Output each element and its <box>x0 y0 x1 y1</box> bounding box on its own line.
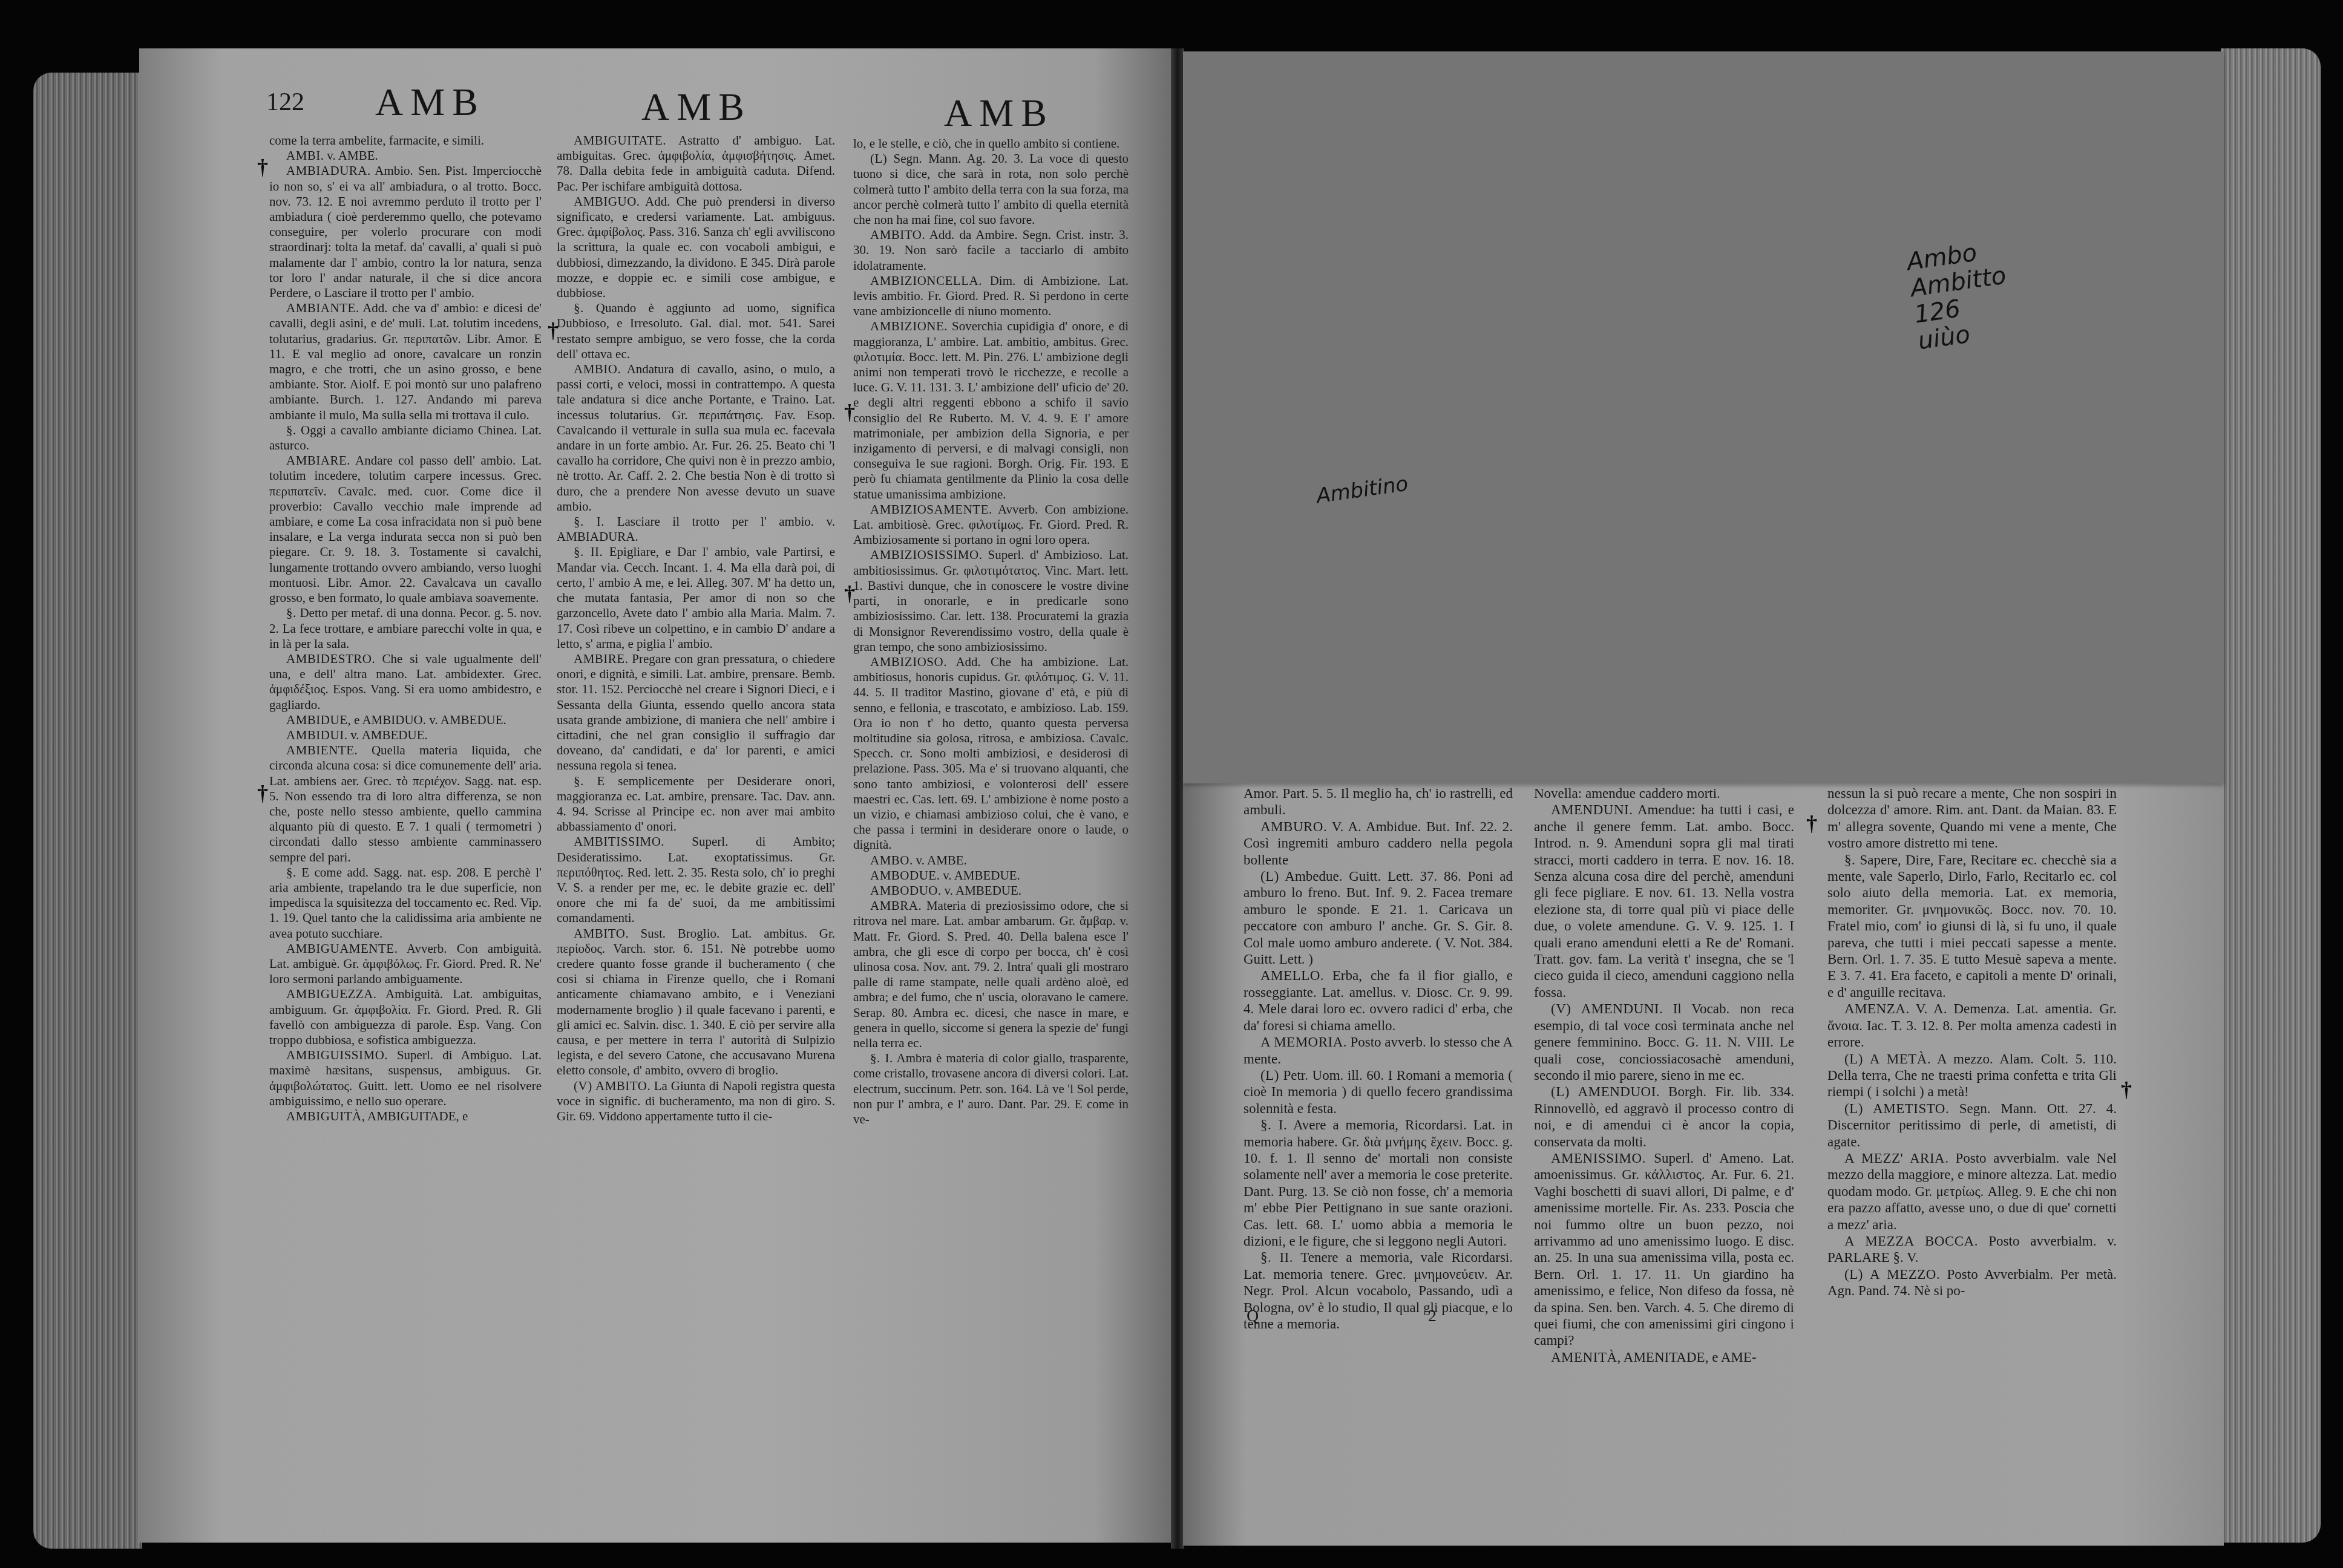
entry-headword: AMBURO <box>1260 819 1323 834</box>
entry-headword: AMBIRE <box>574 652 625 666</box>
entry-text: Detto per metaf. di una donna. Pecor. g.… <box>269 606 542 650</box>
entry-text: . Soverchia cupidigia d' onore, e di mag… <box>853 319 1129 501</box>
dictionary-entry: §. I. Avere a memoria, Ricordarsi. Lat. … <box>1244 1117 1513 1249</box>
dictionary-entry: AMBIRE. Pregare con gran pressatura, o c… <box>557 652 835 774</box>
dictionary-entry: §. Oggi a cavallo ambiante diciamo Chine… <box>269 423 542 453</box>
book-edge-left <box>33 73 142 1549</box>
entry-headword: (L) AMENDUOI <box>1551 1084 1656 1099</box>
dictionary-entry: AMBURO. V. A. Ambidue. But. Inf. 22. 2. … <box>1244 818 1513 868</box>
entry-headword: AMENITÀ <box>1551 1350 1617 1365</box>
entry-headword: §. <box>286 606 297 620</box>
entry-text: Avere a memoria, Ricordarsi. Lat. in mem… <box>1244 1117 1513 1249</box>
entry-text: . v. AMBEDUE. <box>938 883 1021 898</box>
entry-headword: AMBIADURA <box>286 163 367 178</box>
dictionary-entry: §. II. Epigliare, e Dar l' ambio, vale P… <box>557 544 835 651</box>
dictionary-entry: AMBIDUI. v. AMBEDUE. <box>269 728 542 743</box>
entry-headword: AMBITO <box>870 227 922 242</box>
entry-text: . Add. Che ha ambizione. Lat. ambitiosus… <box>853 655 1129 852</box>
margin-mark-icon: † <box>2121 1077 2132 1102</box>
page-number: 122 <box>266 88 304 117</box>
dictionary-entry: §. E semplicemente per Desiderare onori,… <box>557 774 835 835</box>
entry-text: nessun la si può recare a mente, Che non… <box>1827 786 2117 851</box>
entry-headword: (L) <box>1260 1068 1279 1083</box>
entry-headword: AMBIZIOSAMENTE <box>870 502 989 517</box>
right-page-column-2: Novella: amendue caddero morti.AMENDUNI.… <box>1534 785 1794 1365</box>
dictionary-entry: (L) A METÀ. A mezzo. Alam. Colt. 5. 110.… <box>1827 1051 2117 1100</box>
running-head-col2: AMB <box>641 85 752 129</box>
dictionary-entry: AMBIANTE. Add. che va d' ambio: e dicesi… <box>269 301 542 423</box>
entry-headword: (L) <box>1260 869 1279 884</box>
entry-text: . v. AMBE. <box>321 148 378 163</box>
signature-mark-number: 2 <box>1428 1307 1437 1326</box>
entry-headword: AMBIZIONE <box>870 319 944 333</box>
inserted-paper-slip <box>1183 51 2224 783</box>
entry-text: E semplicemente per Desiderare onori, ma… <box>557 774 835 834</box>
entry-headword: AMBO <box>870 853 909 867</box>
entry-headword: (L) A METÀ <box>1844 1051 1927 1067</box>
dictionary-entry: AMBIZIOSO. Add. Che ha ambizione. Lat. a… <box>853 655 1129 853</box>
dictionary-entry: (L) AMETISTO. Segn. Mann. Ott. 27. 4. Di… <box>1827 1100 2117 1150</box>
entry-headword: (L) AMETISTO <box>1844 1101 1945 1116</box>
dictionary-entry: AMBIGUISSIMO. Superl. di Ambiguo. Lat. m… <box>269 1048 542 1109</box>
entry-text: . v. AMBEDUE. <box>344 728 428 742</box>
dictionary-entry: AMBIADURA. Ambio. Sen. Pist. Imperciocch… <box>269 163 542 301</box>
dictionary-entry: AMBIGUAMENTE. Avverb. Con ambiguità. Lat… <box>269 941 542 987</box>
dictionary-entry: AMBRA. Materia di preziosissimo odore, c… <box>853 898 1129 1051</box>
dictionary-entry: §. II. Tenere a memoria, vale Ricordarsi… <box>1244 1249 1513 1332</box>
entry-headword: AMBIGUAMENTE <box>286 941 395 956</box>
entry-headword: AMBITO <box>574 926 625 941</box>
entry-headword: AMBIZIONCELLA <box>870 273 978 288</box>
dictionary-entry: AMBO. v. AMBE. <box>853 853 1129 868</box>
entry-text: come la terra ambelite, farmacite, e sim… <box>269 133 484 148</box>
entry-text: E come add. Sagg. nat. esp. 208. E perch… <box>269 865 542 941</box>
entry-text: , AMBIGUITADE, e <box>362 1109 468 1123</box>
entry-headword: (V) AMBITO <box>574 1079 647 1093</box>
entry-text: . Amendue: ha tutti i casi, e anche il g… <box>1534 802 1794 999</box>
entry-headword: AMENISSIMO <box>1551 1151 1642 1166</box>
entry-text: Amor. Part. 5. 5. Il meglio ha, ch' io r… <box>1244 786 1513 817</box>
margin-mark-icon: † <box>844 399 855 425</box>
entry-headword: AMBIO <box>574 362 618 376</box>
dictionary-entry: AMBIDESTRO. Che si vale ugualmente dell'… <box>269 652 542 713</box>
dictionary-entry: A MEZZ' ARIA. Posto avverbialm. vale Nel… <box>1827 1150 2117 1233</box>
signature-mark-letter: Q <box>1247 1307 1259 1326</box>
entry-text: . Add. Che può prendersi in diverso sign… <box>557 194 835 300</box>
entry-headword: AMBIZIOSISSIMO <box>870 547 979 562</box>
entry-headword: §. <box>286 423 297 437</box>
entry-headword: AMBIENTE <box>286 743 355 757</box>
dictionary-entry: AMBITO. Add. da Ambire. Segn. Crist. ins… <box>853 227 1129 273</box>
dictionary-entry: AMENITÀ, AMENITADE, e AME- <box>1534 1349 1794 1365</box>
entry-headword: AMBIGUITÀ <box>286 1109 362 1123</box>
entry-headword: §. <box>1844 852 1855 867</box>
entry-headword: AMBIGUEZZA <box>286 987 373 1001</box>
entry-headword: AMBODUO <box>870 883 938 898</box>
entry-headword: §. <box>574 301 584 315</box>
entry-headword: A MEZZA BOCCA <box>1844 1233 1974 1249</box>
dictionary-entry: §. Sapere, Dire, Fare, Recitare ec. chec… <box>1827 852 2117 1001</box>
dictionary-entry: AMBODUO. v. AMBEDUE. <box>853 883 1129 898</box>
dictionary-entry: nessun la si può recare a mente, Che non… <box>1827 785 2117 852</box>
dictionary-entry: §. Quando è aggiunto ad uomo, significa … <box>557 301 835 362</box>
entry-headword: §. <box>574 774 584 788</box>
margin-mark-icon: † <box>1806 811 1817 836</box>
dictionary-entry: AMBODUE. v. AMBEDUE. <box>853 868 1129 883</box>
margin-mark-icon: † <box>257 780 268 806</box>
entry-text: , AMENITADE, e AME- <box>1617 1350 1757 1365</box>
entry-text: Sapere, Dire, Fare, Recitare ec. checchè… <box>1827 852 2117 1000</box>
entry-text: Novella: amendue caddero morti. <box>1534 786 1720 801</box>
entry-text: . Superl. d' Ameno. Lat. amoenissimus. G… <box>1534 1151 1794 1348</box>
entry-headword: AMBIGUITATE <box>574 133 663 148</box>
running-head-col3: AMB <box>944 91 1054 136</box>
dictionary-entry: (L) Segn. Mann. Ag. 20. 3. La voce di qu… <box>853 151 1129 227</box>
entry-headword: §. I. <box>1260 1117 1287 1132</box>
entry-headword: AMBIARE <box>286 453 347 468</box>
entry-headword: (L) <box>870 151 887 166</box>
entry-headword: AMBODUE <box>870 868 937 883</box>
entry-text: Oggi a cavallo ambiante diciamo Chinea. … <box>269 423 542 452</box>
dictionary-entry: Amor. Part. 5. 5. Il meglio ha, ch' io r… <box>1244 785 1513 818</box>
dictionary-entry: AMENDUNI. Amendue: ha tutti i casi, e an… <box>1534 802 1794 1001</box>
dictionary-entry: Novella: amendue caddero morti. <box>1534 785 1794 802</box>
entry-headword: AMBIZIOSO <box>870 655 943 669</box>
entry-text: Ambra è materia di color giallo, traspar… <box>853 1051 1129 1126</box>
entry-text: . Sust. Broglio. Lat. ambitus. Gr. περίο… <box>557 926 835 1078</box>
entry-text: . v. AMBE. <box>909 853 967 867</box>
entry-text: Ambedue. Guitt. Lett. 37. 86. Poni ad am… <box>1244 869 1513 967</box>
entry-text: . Add. che va d' ambio: e dicesi de' cav… <box>269 301 542 422</box>
entry-text: . Quella materia liquida, che circonda a… <box>269 743 542 864</box>
dictionary-entry: AMBIGUEZZA. Ambiguità. Lat. ambiguitas, … <box>269 987 542 1048</box>
entry-text: , e AMBIDUO. v. AMBEDUE. <box>348 713 506 727</box>
dictionary-entry: AMBIENTE. Quella materia liquida, che ci… <box>269 743 542 865</box>
book-gutter <box>1171 48 1184 1549</box>
dictionary-entry: (L) Petr. Uom. ill. 60. I Romani a memor… <box>1244 1067 1513 1117</box>
entry-headword: AMBI <box>286 148 321 163</box>
entry-text: . v. AMBEDUE. <box>937 868 1020 883</box>
entry-headword: AMENDUNI <box>1551 802 1629 817</box>
dictionary-entry: (V) AMENDUNI. Il Vocab. non reca esempio… <box>1534 1001 1794 1083</box>
left-page-column-3: lo, e le stelle, e ciò, che in quello am… <box>853 136 1129 1127</box>
dictionary-entry: AMBIO. Andatura di cavallo, asino, o mul… <box>557 362 835 514</box>
handwritten-note-top-right: Ambo Ambitto 126 uiùo <box>1906 236 2016 354</box>
entry-headword: AMBIDESTRO <box>286 652 372 666</box>
dictionary-entry: AMBIDUE, e AMBIDUO. v. AMBEDUE. <box>269 713 542 728</box>
right-page-column-1: Amor. Part. 5. 5. Il meglio ha, ch' io r… <box>1244 785 1513 1332</box>
entry-headword: AMBIANTE <box>286 301 356 315</box>
entry-headword: AMENZA <box>1844 1001 1906 1016</box>
entry-text: . Andatura di cavallo, asino, o mulo, a … <box>557 362 835 514</box>
dictionary-entry: lo, e le stelle, e ciò, che in quello am… <box>853 136 1129 151</box>
entry-headword: §. I. <box>870 1051 893 1065</box>
dictionary-entry: AMELLO. Erba, che fa il fior giallo, e r… <box>1244 967 1513 1034</box>
entry-headword: AMBIGUO <box>574 194 637 209</box>
dictionary-entry: AMBIZIOSAMENTE. Avverb. Con ambizione. L… <box>853 502 1129 548</box>
dictionary-entry: AMENZA. V. A. Demenza. Lat. amentia. Gr.… <box>1827 1001 2117 1050</box>
dictionary-entry: A MEMORIA. Posto avverb. lo stesso che A… <box>1244 1034 1513 1067</box>
dictionary-entry: AMBITO. Sust. Broglio. Lat. ambitus. Gr.… <box>557 926 835 1079</box>
entry-text: Segn. Mann. Ag. 20. 3. La voce di questo… <box>853 151 1129 227</box>
entry-text: . Materia di preziosissimo odore, che si… <box>853 898 1129 1050</box>
margin-mark-icon: † <box>548 318 559 343</box>
entry-headword: A MEZZ' ARIA <box>1844 1151 1945 1166</box>
dictionary-entry: AMBIZIONE. Soverchia cupidigia d' onore,… <box>853 319 1129 501</box>
dictionary-entry: AMENISSIMO. Superl. d' Ameno. Lat. amoen… <box>1534 1150 1794 1349</box>
left-page-column-1: come la terra ambelite, farmacite, e sim… <box>269 133 542 1124</box>
dictionary-entry: §. I. Ambra è materia di color giallo, t… <box>853 1051 1129 1127</box>
dictionary-entry: AMBIARE. Andare col passo dell' ambio. L… <box>269 453 542 606</box>
dictionary-entry: AMBIZIONCELLA. Dim. di Ambizione. Lat. l… <box>853 273 1129 319</box>
entry-headword: §. II. <box>1260 1250 1293 1265</box>
entry-headword: AMBITISSIMO <box>574 834 661 849</box>
entry-text: lo, e le stelle, e ciò, che in quello am… <box>853 136 1119 151</box>
dictionary-entry: AMBIGUITÀ, AMBIGUITADE, e <box>269 1109 542 1124</box>
margin-mark-icon: † <box>257 154 268 180</box>
entry-headword: §. II. <box>574 544 603 559</box>
dictionary-entry: §. I. Lasciare il trotto per l' ambio. v… <box>557 514 835 544</box>
entry-headword: AMBIDUI <box>286 728 344 742</box>
dictionary-entry: §. E come add. Sagg. nat. esp. 208. E pe… <box>269 865 542 941</box>
dictionary-entry: (L) AMENDUOI. Borgh. Fir. lib. 334. Rinn… <box>1534 1083 1794 1150</box>
left-page-column-2: AMBIGUITATE. Astratto d' ambiguo. Lat. a… <box>557 133 835 1124</box>
dictionary-entry: (L) Ambedue. Guitt. Lett. 37. 86. Poni a… <box>1244 868 1513 967</box>
entry-text: Petr. Uom. ill. 60. I Romani a memoria (… <box>1244 1068 1513 1116</box>
entry-headword: (V) AMENDUNI <box>1551 1001 1659 1016</box>
entry-text: . Andare col passo dell' ambio. Lat. tol… <box>269 453 542 605</box>
dictionary-entry: (L) A MEZZO. Posto Avverbialm. Per metà.… <box>1827 1266 2117 1299</box>
entry-text: Quando è aggiunto ad uomo, significa Dub… <box>557 301 835 361</box>
dictionary-entry: come la terra ambelite, farmacite, e sim… <box>269 133 542 148</box>
entry-headword: §. I. <box>574 514 605 529</box>
entry-headword: AMBRA <box>870 898 919 913</box>
dictionary-entry: AMBIGUO. Add. Che può prendersi in diver… <box>557 194 835 301</box>
dictionary-entry: AMBI. v. AMBE. <box>269 148 542 163</box>
book-edge-right <box>2221 48 2321 1543</box>
entry-headword: A MEMORIA <box>1260 1034 1343 1050</box>
entry-headword: AMBIDUE <box>286 713 348 727</box>
entry-text: . Superl. d' Ambizioso. Lat. ambitiosiss… <box>853 547 1129 653</box>
dictionary-entry: §. Detto per metaf. di una donna. Pecor.… <box>269 606 542 652</box>
entry-text: Epigliare, e Dar l' ambio, vale Partirsi… <box>557 544 835 650</box>
margin-mark-icon: † <box>844 581 855 606</box>
entry-headword: AMBIGUISSIMO <box>286 1048 384 1062</box>
entry-headword: (L) A MEZZO <box>1844 1267 1936 1282</box>
right-page-column-3: nessun la si può recare a mente, Che non… <box>1827 785 2117 1299</box>
dictionary-entry: (V) AMBITO. La Giunta di Napoli registra… <box>557 1079 835 1125</box>
dictionary-entry: AMBIZIOSISSIMO. Superl. d' Ambizioso. La… <box>853 547 1129 654</box>
dictionary-entry: AMBITISSIMO. Superl. di Ambito; Desidera… <box>557 834 835 926</box>
entry-headword: AMELLO <box>1260 968 1320 983</box>
entry-text: . Ambio. Sen. Pist. Imperciocchè io non … <box>269 163 542 300</box>
running-head-col1: AMB <box>375 80 485 125</box>
entry-text: . Pregare con gran pressatura, o chieder… <box>557 652 835 773</box>
entry-headword: §. <box>286 865 297 880</box>
dictionary-entry: A MEZZA BOCCA. Posto avverbialm. v. PARL… <box>1827 1233 2117 1266</box>
dictionary-entry: AMBIGUITATE. Astratto d' ambiguo. Lat. a… <box>557 133 835 194</box>
